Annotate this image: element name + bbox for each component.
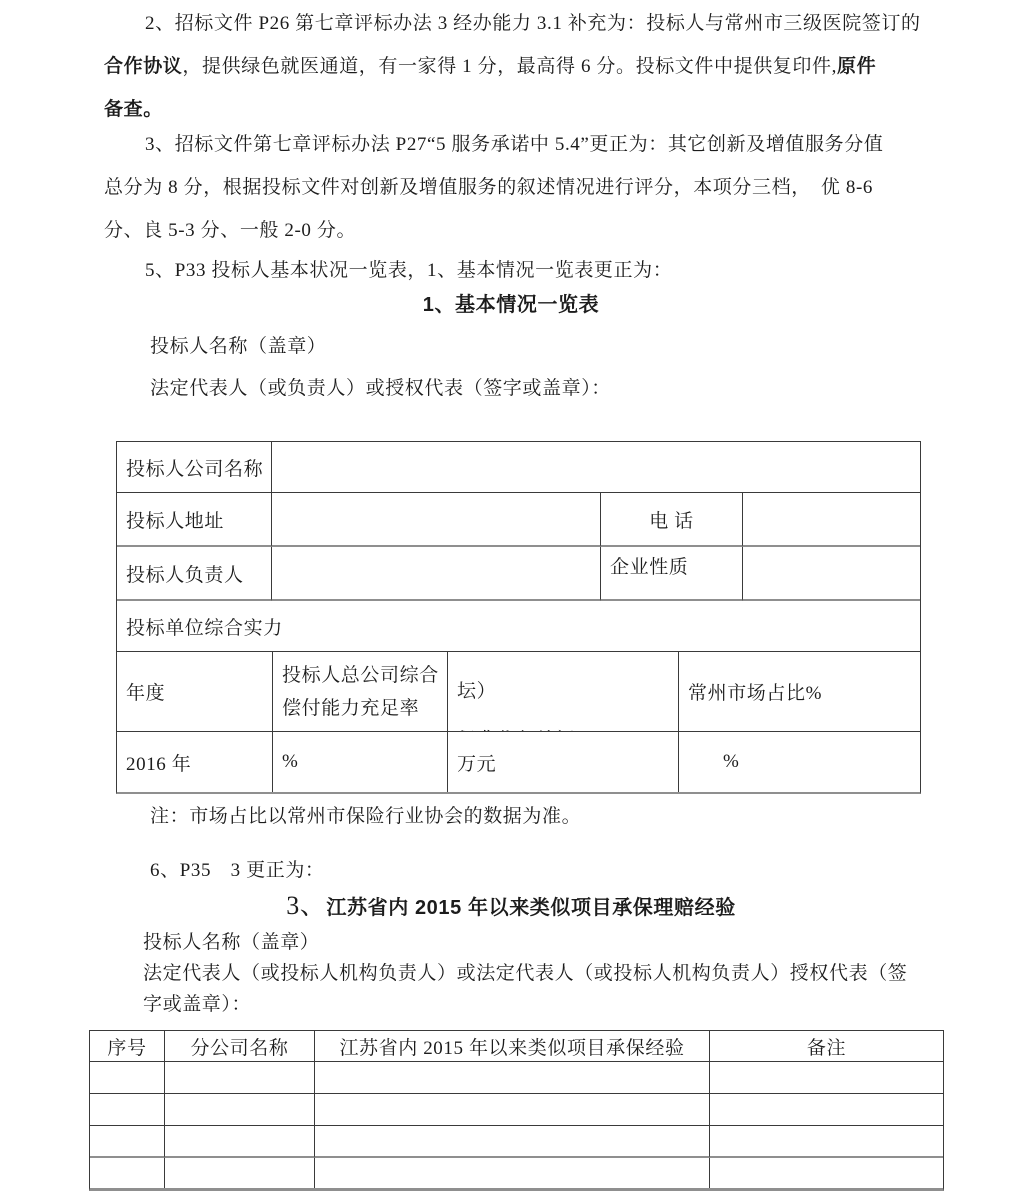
header-seq-no: 序号	[90, 1031, 165, 1062]
text-run: ，提供绿色就医通道，有一家得 1 分，最高得 6 分。投标文件中提供复印件,	[182, 56, 837, 77]
basic-info-table-strength-section: 投标单位综合实力	[117, 601, 920, 652]
enterprise-nature-label-cell: 企业性质	[601, 547, 743, 601]
basic-info-table: 投标人公司名称 投标人地址 电 话 投标人负责人 企业性质 投标单位综合实力 年…	[116, 441, 921, 794]
manager-value-cell	[272, 547, 601, 601]
claims-experience-table: 序号 分公司名称 江苏省内 2015 年以来类似项目承保经验 备注	[89, 1030, 944, 1191]
premium-label-line-1: 常州全辖（含溧阳、金坛）	[457, 652, 653, 702]
legal-rep-line-2a: 法定代表人（或投标人机构负责人）或法定代表人（或投标人机构负责人）授权代表（签	[143, 958, 907, 989]
year-2016-cell: 2016 年	[117, 732, 273, 792]
legal-rep-line-2b: 字或盖章）：	[143, 989, 251, 1020]
empty-cell	[315, 1062, 710, 1094]
company-name-label-cell: 投标人公司名称	[117, 442, 272, 493]
paragraph-3-line-3: 分、良 5-3 分、一般 2-0 分。	[104, 209, 356, 252]
claims-table-empty-row	[90, 1126, 943, 1158]
phone-label-cell: 电 话	[601, 493, 743, 547]
title2-number: 3、	[286, 891, 326, 920]
empty-cell	[165, 1062, 315, 1094]
solvency-label-cell: 投标人总公司综合偿付能力充足率	[273, 652, 448, 732]
premium-unit-cell: 万元	[448, 732, 679, 792]
header-experience: 江苏省内 2015 年以来类似项目承保经验	[315, 1031, 710, 1062]
empty-cell	[315, 1126, 710, 1158]
paragraph-3-line-1: 3、招标文件第七章评标办法 P27“5 服务承诺中 5.4”更正为：其它创新及增…	[145, 123, 883, 166]
bidder-name-line-1: 投标人名称（盖章）	[150, 325, 326, 368]
table-note: 注：市场占比以常州市保险行业协会的数据为准。	[150, 795, 581, 838]
manager-label-cell: 投标人负责人	[117, 547, 272, 601]
title2-text: 江苏省内 2015 年以来类似项目承保理赔经验	[326, 897, 735, 919]
empty-cell	[315, 1094, 710, 1126]
enterprise-nature-value-cell	[743, 547, 920, 601]
section-title-claims-experience: 3、江苏省内 2015 年以来类似项目承保理赔经验	[0, 886, 1022, 929]
solvency-label-line-2: 偿付能力充足率	[282, 698, 419, 719]
bidder-name-line-2: 投标人名称（盖章）	[143, 927, 319, 958]
market-share-unit-cell: %	[679, 732, 920, 792]
claims-table-empty-row	[90, 1094, 943, 1126]
bold-run: 合作协议	[104, 56, 182, 77]
document-page: 2、招标文件 P26 第七章评标办法 3 经办能力 3.1 补充为：投标人与常州…	[0, 0, 1022, 1198]
paragraph-2-line-1: 2、招标文件 P26 第七章评标办法 3 经办能力 3.1 补充为：投标人与常州…	[145, 2, 921, 45]
claims-table-empty-row	[90, 1158, 943, 1188]
empty-cell	[710, 1158, 943, 1188]
paragraph-2-line-2: 合作协议，提供绿色就医通道，有一家得 1 分，最高得 6 分。投标文件中提供复印…	[104, 45, 876, 88]
section-title-basic-info: 1、基本情况一览表	[0, 284, 1022, 327]
company-name-value-cell	[272, 442, 920, 493]
empty-cell	[165, 1094, 315, 1126]
empty-cell	[165, 1126, 315, 1158]
claims-table-empty-row	[90, 1062, 943, 1094]
address-value-cell	[272, 493, 601, 547]
empty-cell	[90, 1062, 165, 1094]
market-share-label-cell: 常州市场占比%	[679, 652, 920, 732]
legal-rep-line-1: 法定代表人（或负责人）或授权代表（签字或盖章）：	[150, 367, 611, 410]
bold-run: 原件	[837, 56, 876, 77]
header-branch-name: 分公司名称	[165, 1031, 315, 1062]
empty-cell	[90, 1158, 165, 1188]
premium-label-cell: 常州全辖（含溧阳、金坛）保费收入总额	[448, 652, 679, 732]
basic-info-table-top-section: 投标人公司名称 投标人地址 电 话 投标人负责人 企业性质	[117, 442, 920, 601]
header-remarks: 备注	[710, 1031, 943, 1062]
address-label-cell: 投标人地址	[117, 493, 272, 547]
empty-cell	[710, 1126, 943, 1158]
solvency-unit-cell: %	[273, 732, 448, 792]
empty-cell	[710, 1094, 943, 1126]
empty-cell	[315, 1158, 710, 1188]
comprehensive-strength-cell: 投标单位综合实力	[117, 601, 920, 652]
year-label-cell: 年度	[117, 652, 273, 732]
paragraph-3-line-2: 总分为 8 分，根据投标文件对创新及增值服务的叙述情况进行评分，本项分三档， 优…	[104, 166, 873, 209]
empty-cell	[90, 1126, 165, 1158]
basic-info-table-year-section: 年度 投标人总公司综合偿付能力充足率 常州全辖（含溧阳、金坛）保费收入总额 常州…	[117, 652, 920, 792]
claims-table-header-row: 序号 分公司名称 江苏省内 2015 年以来类似项目承保经验 备注	[90, 1031, 943, 1062]
empty-cell	[90, 1094, 165, 1126]
empty-cell	[710, 1062, 943, 1094]
empty-cell	[165, 1158, 315, 1188]
phone-value-cell	[743, 493, 920, 547]
solvency-label-line-1: 投标人总公司综合	[282, 665, 439, 686]
